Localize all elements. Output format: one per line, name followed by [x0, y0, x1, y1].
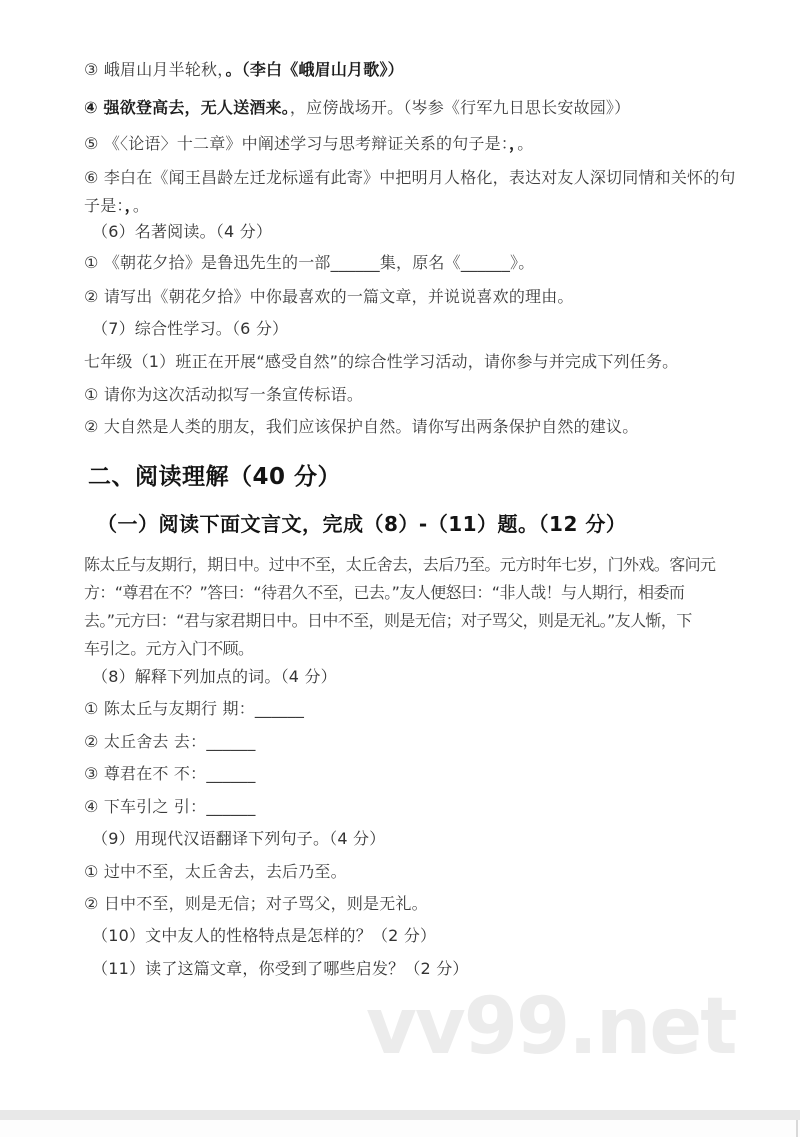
question-9-item-2: ② 日中不至，则是无信；对子骂父，则是无礼。: [84, 894, 428, 914]
question-7-item-1: ① 请你为这次活动拟写一条宣传标语。: [84, 385, 363, 405]
recitation-item-4-text: ，应傍战场开。（岑参《行军九日思长安故园》）: [290, 98, 630, 117]
question-6-header: （6）名著阅读。（4 分）: [92, 222, 272, 242]
section-2-part-1-title: （一）阅读下面文言文，完成（8）-（11）题。（12 分）: [97, 508, 626, 537]
question-8-item-1: ① 陈太丘与友期行 期：______: [84, 699, 304, 719]
question-6-item-2: ② 请写出《朝花夕拾》中你最喜欢的一篇文章，并说说喜欢的理由。: [84, 287, 574, 307]
next-page-strip: [0, 1120, 800, 1137]
section-2-title: 二、阅读理解（40 分）: [88, 458, 341, 491]
question-8-header: （8）解释下列加点的词。（4 分）: [92, 667, 337, 687]
question-8-item-4: ④ 下车引之 引：______: [84, 797, 256, 817]
exam-page: ③ 峨眉山月半轮秋，。（李白《峨眉山月歌》） ④ 强欲登高去，无人送酒来。，应傍…: [0, 0, 800, 1110]
question-8-item-3: ③ 尊君在不 不：______: [84, 764, 256, 784]
recitation-item-5-blank: ，: [509, 134, 517, 153]
passage-line-4: 车引之。元方入门不顾。: [84, 639, 253, 659]
recitation-item-6-text: 子是：: [84, 196, 125, 215]
question-7-header: （7）综合性学习。（6 分）: [92, 319, 288, 339]
next-page-right-edge: [796, 1120, 798, 1137]
recitation-item-5-end: 。: [517, 134, 533, 153]
question-11: （11）读了这篇文章，你受到了哪些启发？（2 分）: [92, 959, 469, 979]
question-6-item-1: ① 《朝花夕拾》是鲁迅先生的一部______集，原名《______》。: [84, 253, 534, 273]
recitation-item-4-answer: ④ 强欲登高去，无人送酒来。: [84, 98, 290, 117]
recitation-item-4: ④ 强欲登高去，无人送酒来。，应傍战场开。（岑参《行军九日思长安故园》）: [84, 98, 630, 118]
recitation-item-3: ③ 峨眉山月半轮秋，。（李白《峨眉山月歌》）: [84, 60, 404, 80]
question-10: （10）文中友人的性格特点是怎样的？（2 分）: [92, 926, 436, 946]
recitation-item-3-source: 。（李白《峨眉山月歌》）: [225, 60, 403, 79]
page-separator-band: [0, 1110, 800, 1120]
recitation-item-6-end: 。: [133, 196, 149, 215]
recitation-item-6-blank: ，: [125, 196, 133, 215]
recitation-item-5: ⑤ 《〈论语〉十二章》中阐述学习与思考辩证关系的句子是：，。: [84, 134, 533, 154]
passage-line-3: 去。”元方曰：“君与家君期日中。日中不至，则是无信；对子骂父，则是无礼。”友人惭…: [84, 611, 692, 631]
recitation-item-3-text: ③ 峨眉山月半轮秋，: [84, 60, 225, 79]
passage-line-2: 方：“尊君在不？”答曰：“待君久不至，已去。”友人便怒曰：“非人哉！与人期行，相…: [84, 583, 684, 603]
passage-line-1: 陈太丘与友期行，期日中。过中不至，太丘舍去，去后乃至。元方时年七岁，门外戏。客问…: [84, 555, 715, 575]
question-9-item-1: ① 过中不至，太丘舍去，去后乃至。: [84, 862, 347, 882]
question-9-header: （9）用现代汉语翻译下列句子。（4 分）: [92, 829, 385, 849]
question-7-intro: 七年级（1）班正在开展“感受自然”的综合性学习活动，请你参与并完成下列任务。: [84, 352, 678, 372]
question-8-item-2: ② 太丘舍去 去：______: [84, 732, 256, 752]
recitation-item-6-line2: 子是：，。: [84, 196, 149, 216]
question-7-item-2: ② 大自然是人类的朋友，我们应该保护自然。请你写出两条保护自然的建议。: [84, 417, 638, 437]
recitation-item-5-text: ⑤ 《〈论语〉十二章》中阐述学习与思考辩证关系的句子是：: [84, 134, 509, 153]
recitation-item-6-line1: ⑥ 李白在《闻王昌龄左迁龙标遥有此寄》中把明月人格化，表达对友人深切同情和关怀的…: [84, 168, 736, 188]
watermark: vv99.net: [366, 988, 736, 1066]
